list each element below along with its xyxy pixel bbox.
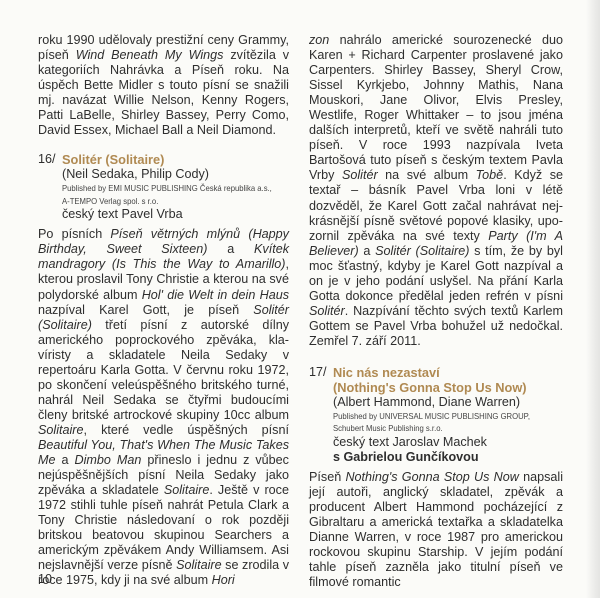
italic-title: Dimbo Man	[75, 453, 142, 467]
right-column: zon nahrálo americké sourozenecké duo Ka…	[309, 33, 563, 590]
italic-title: Solitér	[309, 304, 345, 318]
italic-title: Hol' die Welt in dein Haus	[142, 288, 289, 302]
track-czech-lyrics: český text Pavel Vrba	[62, 207, 289, 222]
page-edge-shadow	[586, 0, 600, 598]
intro-paragraph: roku 1990 udělovaly prestižní ceny Gramm…	[38, 33, 289, 138]
page-number: 10	[38, 572, 52, 586]
continued-paragraph: zon nahrálo americké sourozenecké duo Ka…	[309, 33, 563, 349]
track-title-original: (Nothing's Gonna Stop Us Now)	[333, 380, 563, 395]
track-czech-lyrics: český text Jaroslav Machek	[333, 435, 563, 450]
track-title: Nic nás nezastaví	[333, 365, 563, 380]
italic-title: Hori­	[212, 573, 235, 587]
track-16: 16/ Solitér (Solitaire) (Neil Sedaka, Ph…	[38, 152, 289, 222]
track-number: 16/	[38, 152, 56, 167]
track-17: 17/ Nic nás nezastaví (Nothing's Gonna S…	[309, 365, 563, 465]
track-17-description: Píseň Nothing's Gonna Stop Us Now napsal…	[309, 470, 563, 590]
track-16-description: Po písních Píseň větrných mlýnů (Happy B…	[38, 227, 289, 588]
italic-title: Solitaire	[38, 423, 84, 437]
track-title: Solitér (Solitaire)	[62, 152, 289, 167]
track-authors: (Neil Sedaka, Philip Cody)	[62, 167, 289, 182]
italic-title: Solitér (Solitaire)	[375, 244, 469, 258]
track-publisher: Published by EMI MUSIC PUBLISHING Česká …	[62, 182, 271, 195]
italic-title: Solita­ire	[164, 483, 210, 497]
track-publisher: Schubert Music Publishing s.r.o.	[333, 422, 545, 435]
track-featuring: s Gabrielou Gunčíkovou	[333, 450, 563, 465]
italic-title: Solitaire	[176, 558, 222, 572]
track-publisher: Published by UNIVERSAL MUSIC PUBLISHING …	[333, 410, 545, 423]
left-column: roku 1990 udělovaly prestižní ceny Gramm…	[38, 33, 289, 588]
italic-title: Tobě	[476, 168, 504, 182]
italic-title: Nothing's Gonna Stop Us Now	[345, 470, 518, 484]
italic-title: Wind Beneath My Wings	[76, 48, 224, 62]
track-authors: (Albert Hammond, Diane Warren)	[333, 395, 563, 410]
track-publisher: A-TEMPO Verlag spol. s r.o.	[62, 195, 271, 208]
track-number: 17/	[309, 365, 327, 380]
italic-title: Solitér	[342, 168, 378, 182]
italic-title: zon	[309, 33, 329, 47]
